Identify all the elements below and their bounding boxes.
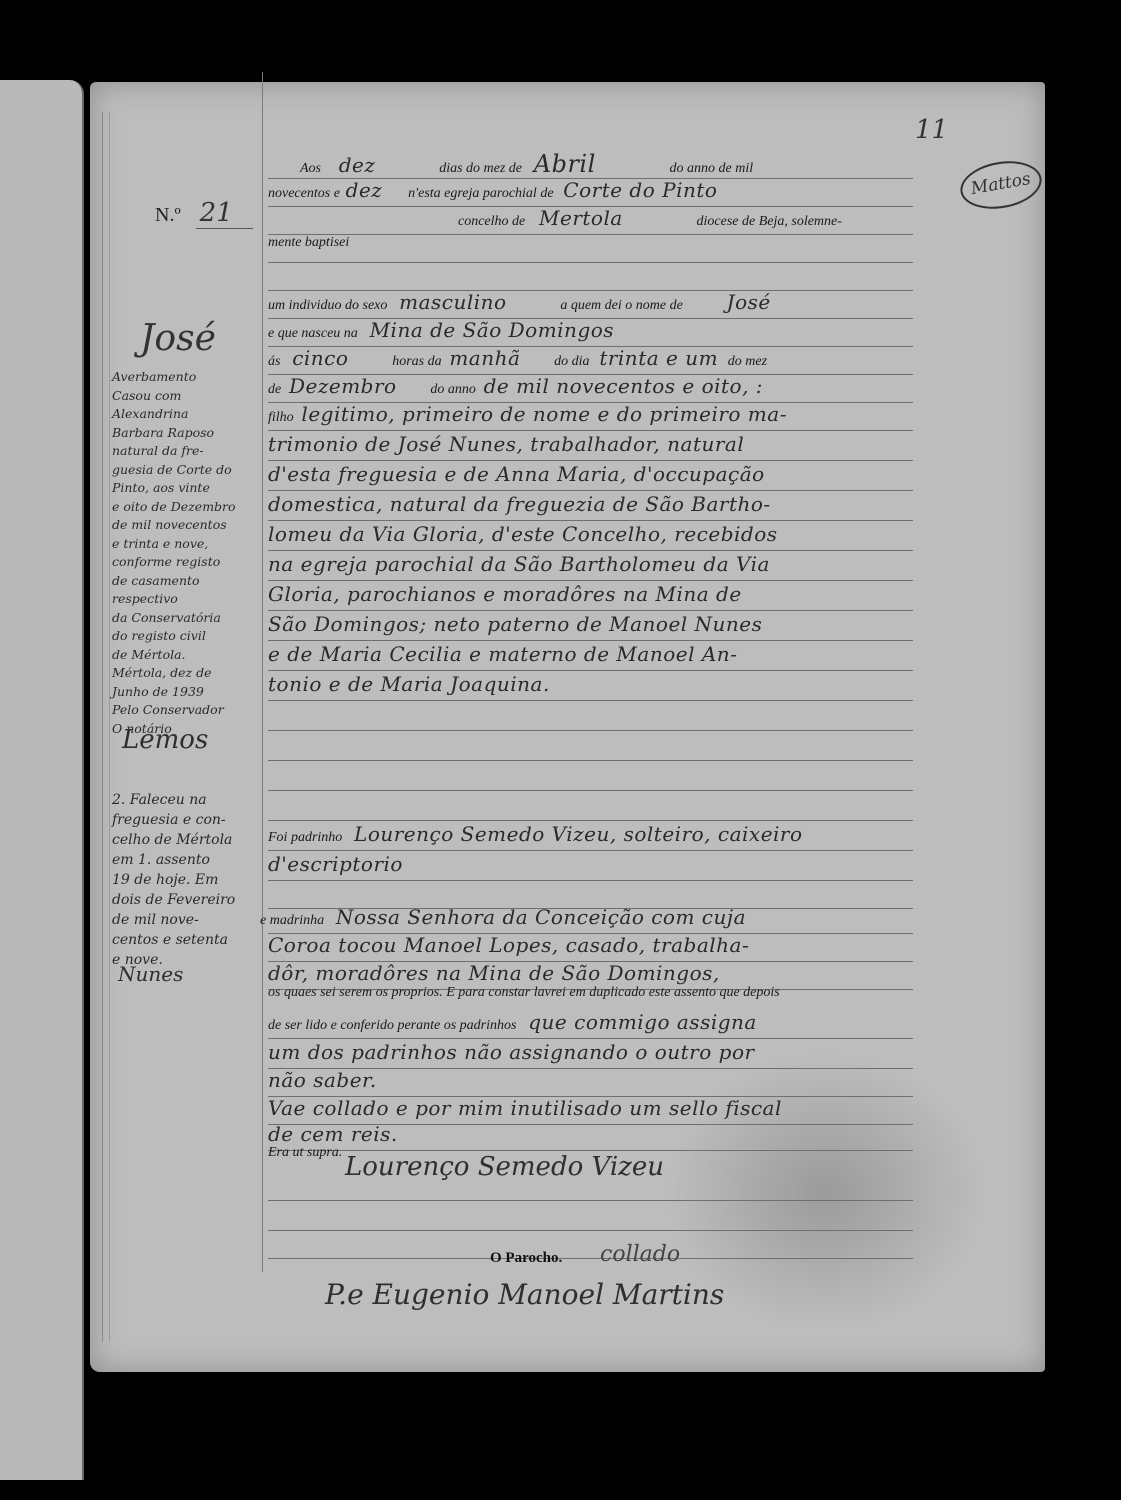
annotation-line: e oito de Dezembro xyxy=(112,498,252,517)
annotation-line: em 1. assento xyxy=(112,850,252,870)
ruled-blank-line xyxy=(268,792,913,821)
entry-line-6: e que nasceu na Mina de São Domingos xyxy=(268,318,913,347)
entry-line-7: ás cinco horas da manhã do dia trinta e … xyxy=(268,346,913,375)
annotation-line: de Mértola. xyxy=(112,646,252,665)
entry-line-18: tonio e de Maria Joaquina. xyxy=(268,672,913,701)
closing-line-4: não saber. xyxy=(268,1068,913,1097)
godfather-line: Foi padrinho Lourenço Semedo Vizeu, solt… xyxy=(268,822,913,851)
folio-number: 11 xyxy=(915,115,948,145)
annotation-line: guesia de Corte do xyxy=(112,461,252,480)
margin-annotation-marriage: Averbamento Casou com Alexandrina Barbar… xyxy=(112,368,252,738)
margin-child-name: José xyxy=(140,318,216,359)
annotation-line: centos e setenta xyxy=(112,930,252,950)
parish-priest-note: collado xyxy=(600,1242,680,1267)
entry-line-16: São Domingos; neto paterno de Manoel Nun… xyxy=(268,612,913,641)
annotation-line: conforme registo xyxy=(112,553,252,572)
ruled-blank-line xyxy=(268,732,913,761)
ruled-blank-line xyxy=(268,762,913,791)
annotation-line: 19 de hoje. Em xyxy=(112,870,252,890)
annotation-line: Pelo Conservador xyxy=(112,701,252,720)
annotation-line: de casamento xyxy=(112,572,252,591)
ruled-blank-line xyxy=(268,1172,913,1201)
annotation-line: Alexandrina xyxy=(112,405,252,424)
annotation-line: dois de Fevereiro xyxy=(112,890,252,910)
closing-line-2: de ser lido e conferido perante os padri… xyxy=(268,1010,913,1039)
closing-line-5: Vae collado e por mim inutilisado um sel… xyxy=(268,1096,913,1125)
entry-line-5: um individuo do sexo masculino a quem de… xyxy=(268,290,913,319)
entry-line-14: na egreja parochial da São Bartholomeu d… xyxy=(268,552,913,581)
entry-line-10: trimonio de José Nunes, trabalhador, nat… xyxy=(268,432,913,461)
annotation-line: da Conservatória xyxy=(112,609,252,628)
entry-line-12: domestica, natural da freguezia de São B… xyxy=(268,492,913,521)
margin-rule xyxy=(262,72,263,1272)
entry-number: N.º 21 xyxy=(155,198,253,228)
annotation-line: Mértola, dez de xyxy=(112,664,252,683)
annotation-line: freguesia e con- xyxy=(112,810,252,830)
annotation-line: Junho de 1939 xyxy=(112,683,252,702)
ruled-blank-line xyxy=(268,1202,913,1231)
annotation-line: Pinto, aos vinte xyxy=(112,479,252,498)
closing-line-3: um dos padrinhos não assignando o outro … xyxy=(268,1040,913,1069)
annotation-line: Casou com xyxy=(112,387,252,406)
entry-line-8: de Dezembro do anno de mil novecentos e … xyxy=(268,374,913,403)
entry-blank-line xyxy=(268,262,913,291)
entry-line-9: filho legitimo, primeiro de nome e do pr… xyxy=(268,402,913,431)
entry-number-label: N.º xyxy=(155,204,181,226)
annotation-line: celho de Mértola xyxy=(112,830,252,850)
godfather-line-2: d'escriptorio xyxy=(268,852,913,881)
annotation-line: e trinta e nove, xyxy=(112,535,252,554)
margin-signature-1: Lemos xyxy=(122,725,208,755)
ruled-blank-line xyxy=(268,702,913,731)
entry-line-4: mente baptisei xyxy=(268,234,913,263)
annotation-line: Barbara Raposo xyxy=(112,424,252,443)
entry-line-1: Aos dez dias do mez de Abril do anno de … xyxy=(268,150,913,179)
closing-printed-line-1: os quaes sei serem os proprios. E para c… xyxy=(268,984,913,1012)
annotation-title: Averbamento xyxy=(112,368,252,387)
margin-annotation-death: 2. Faleceu na freguesia e con- celho de … xyxy=(112,790,252,970)
annotation-line: do registo civil xyxy=(112,627,252,646)
entry-line-3: concelho de Mertola diocese de Beja, sol… xyxy=(268,206,913,235)
entry-line-11: d'esta freguesia e de Anna Maria, d'occu… xyxy=(268,462,913,491)
parish-priest-label: O Parocho. xyxy=(490,1250,562,1267)
adjacent-page-edge xyxy=(0,80,84,1480)
entry-line-13: lomeu da Via Gloria, d'este Concelho, re… xyxy=(268,522,913,551)
annotation-line: 2. Faleceu na xyxy=(112,790,252,810)
parish-priest-signature: P.e Eugenio Manoel Martins xyxy=(325,1278,724,1311)
page-binding-edge xyxy=(102,112,110,1342)
entry-line-2: novecentos e dez n'esta egreja parochial… xyxy=(268,178,913,207)
godmother-line: e madrinha Nossa Senhora da Conceição co… xyxy=(268,905,913,934)
entry-number-value: 21 xyxy=(196,198,253,229)
entry-line-17: e de Maria Cecilia e materno de Manoel A… xyxy=(268,642,913,671)
entry-line-15: Gloria, parochianos e moradôres na Mina … xyxy=(268,582,913,611)
annotation-line: de mil novecentos xyxy=(112,516,252,535)
annotation-line: respectivo xyxy=(112,590,252,609)
godmother-line-2: Coroa tocou Manoel Lopes, casado, trabal… xyxy=(268,933,913,962)
ruled-blank-line xyxy=(268,1230,913,1259)
annotation-line: natural da fre- xyxy=(112,442,252,461)
margin-signature-2: Nunes xyxy=(118,962,183,986)
annotation-line: de mil nove- xyxy=(112,910,252,930)
